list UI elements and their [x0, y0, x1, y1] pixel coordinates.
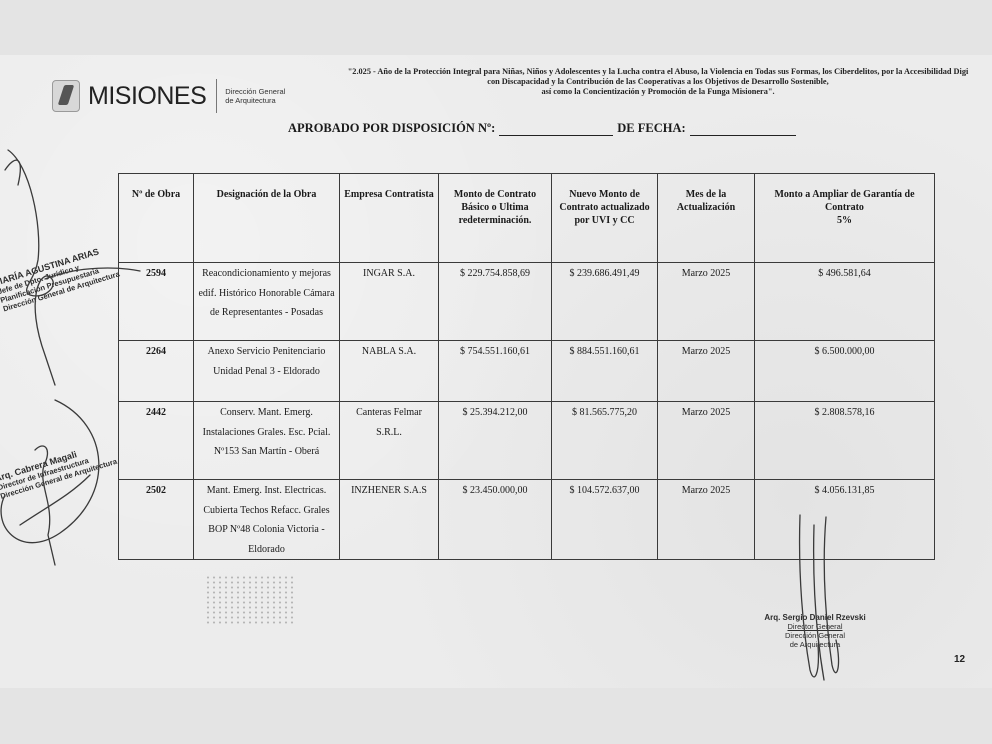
approval-line: APROBADO POR DISPOSICIÓN Nº: DE FECHA:: [288, 121, 800, 136]
cell-garantia: $ 2.808.578,16: [755, 402, 935, 480]
table-row: 2264 Anexo Servicio Penitenciario Unidad…: [119, 341, 935, 402]
col-header-mes: Mes de la Actualización: [658, 174, 755, 263]
signer-name: Arq. Sergio Daniel Rzevski: [750, 613, 880, 622]
stamp-infraestructura: Arq. Cabrera Magali Director de Infraest…: [0, 439, 118, 500]
cell-mes: Marzo 2025: [658, 263, 755, 341]
col-header-monto-basico: Monto de Contrato Básico o Ultima redete…: [439, 174, 552, 263]
cell-empresa: INGAR S.A.: [340, 263, 439, 341]
col-header-garantia: Monto a Ampliar de Garantía de Contrato …: [755, 174, 935, 263]
cell-designacion: Mant. Emerg. Inst. Electricas. Cubierta …: [194, 480, 340, 560]
date-label: DE FECHA:: [617, 121, 685, 136]
cell-garantia: $ 6.500.000,00: [755, 341, 935, 402]
cell-obra: 2264: [119, 341, 194, 402]
page-number: 12: [954, 654, 965, 665]
motto-line: así como la Concientización y Promoción …: [298, 87, 992, 97]
signer-role: Director General: [750, 622, 880, 631]
cell-mes: Marzo 2025: [658, 341, 755, 402]
cell-garantia: $ 496.581,64: [755, 263, 935, 341]
cell-nuevo-monto: $ 81.565.775,20: [552, 402, 658, 480]
director-signature-block: Arq. Sergio Daniel Rzevski Director Gene…: [750, 613, 880, 649]
cell-mes: Marzo 2025: [658, 402, 755, 480]
col-header-designacion: Designación de la Obra: [194, 174, 340, 263]
cell-nuevo-monto: $ 104.572.637,00: [552, 480, 658, 560]
cell-empresa: Canteras Felmar S.R.L.: [340, 402, 439, 480]
table-row: 2594 Reacondicionamiento y mejoras edif.…: [119, 263, 935, 341]
cell-monto-basico: $ 23.450.000,00: [439, 480, 552, 560]
cell-monto-basico: $ 25.394.212,00: [439, 402, 552, 480]
works-table: Nº de Obra Designación de la Obra Empres…: [118, 173, 935, 560]
table-row: 2502 Mant. Emerg. Inst. Electricas. Cubi…: [119, 480, 935, 560]
cell-nuevo-monto: $ 884.551.160,61: [552, 341, 658, 402]
cell-monto-basico: $ 229.754.858,69: [439, 263, 552, 341]
ink-smudge: [205, 575, 295, 625]
signer-org: de Arquitectura: [750, 640, 880, 649]
cell-garantia: $ 4.056.131,85: [755, 480, 935, 560]
official-motto: "2.025 - Año de la Protección Integral p…: [298, 67, 992, 97]
cell-obra: 2502: [119, 480, 194, 560]
signer-org: Dirección General: [750, 631, 880, 640]
misiones-logo: MISIONES Dirección General de Arquitectu…: [52, 79, 295, 113]
motto-line: "2.025 - Año de la Protección Integral p…: [298, 67, 992, 77]
cell-obra: 2442: [119, 402, 194, 480]
table-header-row: Nº de Obra Designación de la Obra Empres…: [119, 174, 935, 263]
cell-empresa: INZHENER S.A.S: [340, 480, 439, 560]
cell-nuevo-monto: $ 239.686.491,49: [552, 263, 658, 341]
approval-label: APROBADO POR DISPOSICIÓN Nº:: [288, 121, 495, 136]
cell-obra: 2594: [119, 263, 194, 341]
approval-number-blank: [499, 123, 613, 136]
col-header-empresa: Empresa Contratista: [340, 174, 439, 263]
misiones-emblem-icon: [52, 80, 80, 112]
logo-subtitle: Dirección General de Arquitectura: [225, 87, 295, 105]
cell-designacion: Reacondicionamiento y mejoras edif. Hist…: [194, 263, 340, 341]
document-page: MISIONES Dirección General de Arquitectu…: [0, 55, 992, 688]
date-blank: [690, 123, 796, 136]
motto-line: con Discapacidad y la Contribución de la…: [298, 77, 992, 87]
logo-divider: [216, 79, 217, 113]
col-header-obra: Nº de Obra: [119, 174, 194, 263]
table-row: 2442 Conserv. Mant. Emerg. Instalaciones…: [119, 402, 935, 480]
cell-designacion: Anexo Servicio Penitenciario Unidad Pena…: [194, 341, 340, 402]
logo-brand: MISIONES: [88, 82, 206, 111]
cell-mes: Marzo 2025: [658, 480, 755, 560]
cell-empresa: NABLA S.A.: [340, 341, 439, 402]
cell-monto-basico: $ 754.551.160,61: [439, 341, 552, 402]
cell-designacion: Conserv. Mant. Emerg. Instalaciones Gral…: [194, 402, 340, 480]
col-header-nuevo-monto: Nuevo Monto de Contrato actualizado por …: [552, 174, 658, 263]
stamp-juridico: MARÍA AGUSTINA ARIAS Jefe de Dpto. Juríd…: [0, 243, 121, 313]
